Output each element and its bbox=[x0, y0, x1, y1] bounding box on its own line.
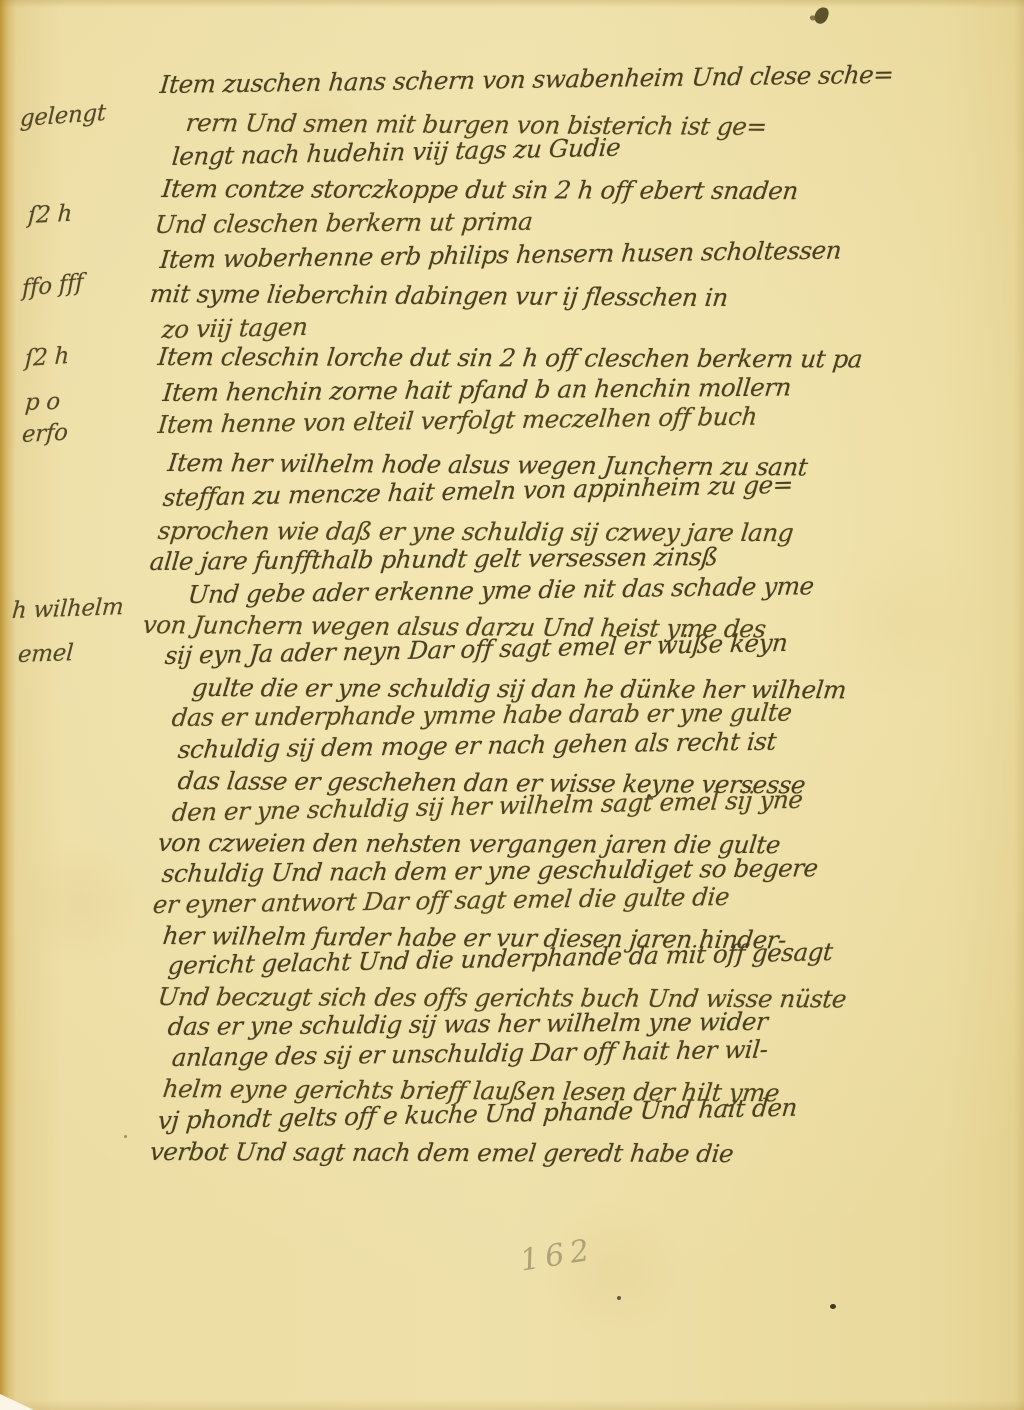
margin-note: erfo bbox=[21, 420, 68, 449]
margin-note: p o bbox=[24, 389, 61, 416]
manuscript-line: Item contze storczkoppe dut sin 2 h off … bbox=[160, 174, 799, 205]
manuscript-line: alle jare funffthalb phundt gelt versess… bbox=[149, 542, 719, 576]
page-edge-right bbox=[1014, 0, 1024, 1410]
margin-note: ſ2 h bbox=[25, 343, 70, 372]
manuscript-line: Item zuschen hans schern von swabenheim … bbox=[159, 60, 895, 99]
manuscript-line: lengt nach hudehin viij tags zu Gudie bbox=[171, 133, 622, 171]
manuscript-line: mit syme lieberchin dabingen vur ij fles… bbox=[148, 279, 729, 312]
ink-blot bbox=[813, 5, 831, 25]
folio-number-pencil: 162 bbox=[518, 1232, 598, 1278]
manuscript-line: Und gebe ader erkenne yme die nit das sc… bbox=[187, 571, 815, 609]
manuscript-line: zo viij tagen bbox=[161, 312, 309, 344]
manuscript-line: schuldig sij dem moge er nach gehen als … bbox=[177, 727, 778, 764]
margin-note: h wilhelm bbox=[11, 594, 124, 624]
manuscript-line: Item cleschin lorche dut sin 2 h off cle… bbox=[156, 342, 863, 373]
manuscript-line: er eyner antwort Dar off sagt emel die g… bbox=[152, 882, 731, 919]
manuscript-line: verbot Und sagt nach dem emel geredt hab… bbox=[148, 1137, 734, 1168]
margin-note: ffo fff bbox=[22, 269, 83, 302]
page-edge-bottom bbox=[0, 1400, 1024, 1410]
margin-note: gelengt bbox=[20, 100, 107, 132]
binding-gutter-edge bbox=[0, 0, 16, 1410]
page-edge-top bbox=[0, 0, 1024, 8]
page-corner-lift bbox=[0, 1394, 34, 1410]
manuscript-line: Item henne von elteil verfolgt meczelhen… bbox=[157, 402, 759, 439]
manuscript-line: Und cleschen berkern ut prima bbox=[154, 207, 534, 239]
manuscript-line: Item woberhenne erb philips hensern huse… bbox=[159, 235, 843, 274]
margin-note: ſ2 h bbox=[27, 201, 72, 229]
ink-dot bbox=[830, 1304, 836, 1309]
manuscript-page: gelengtſ2 hffo fffſ2 hp oerfoh wilhelmem… bbox=[0, 0, 1024, 1410]
margin-note: emel bbox=[17, 640, 74, 668]
ink-dot bbox=[617, 1296, 621, 1300]
ink-speck bbox=[124, 1135, 127, 1138]
manuscript-line: anlange des sij er unschuldig Dar off ha… bbox=[171, 1035, 769, 1072]
